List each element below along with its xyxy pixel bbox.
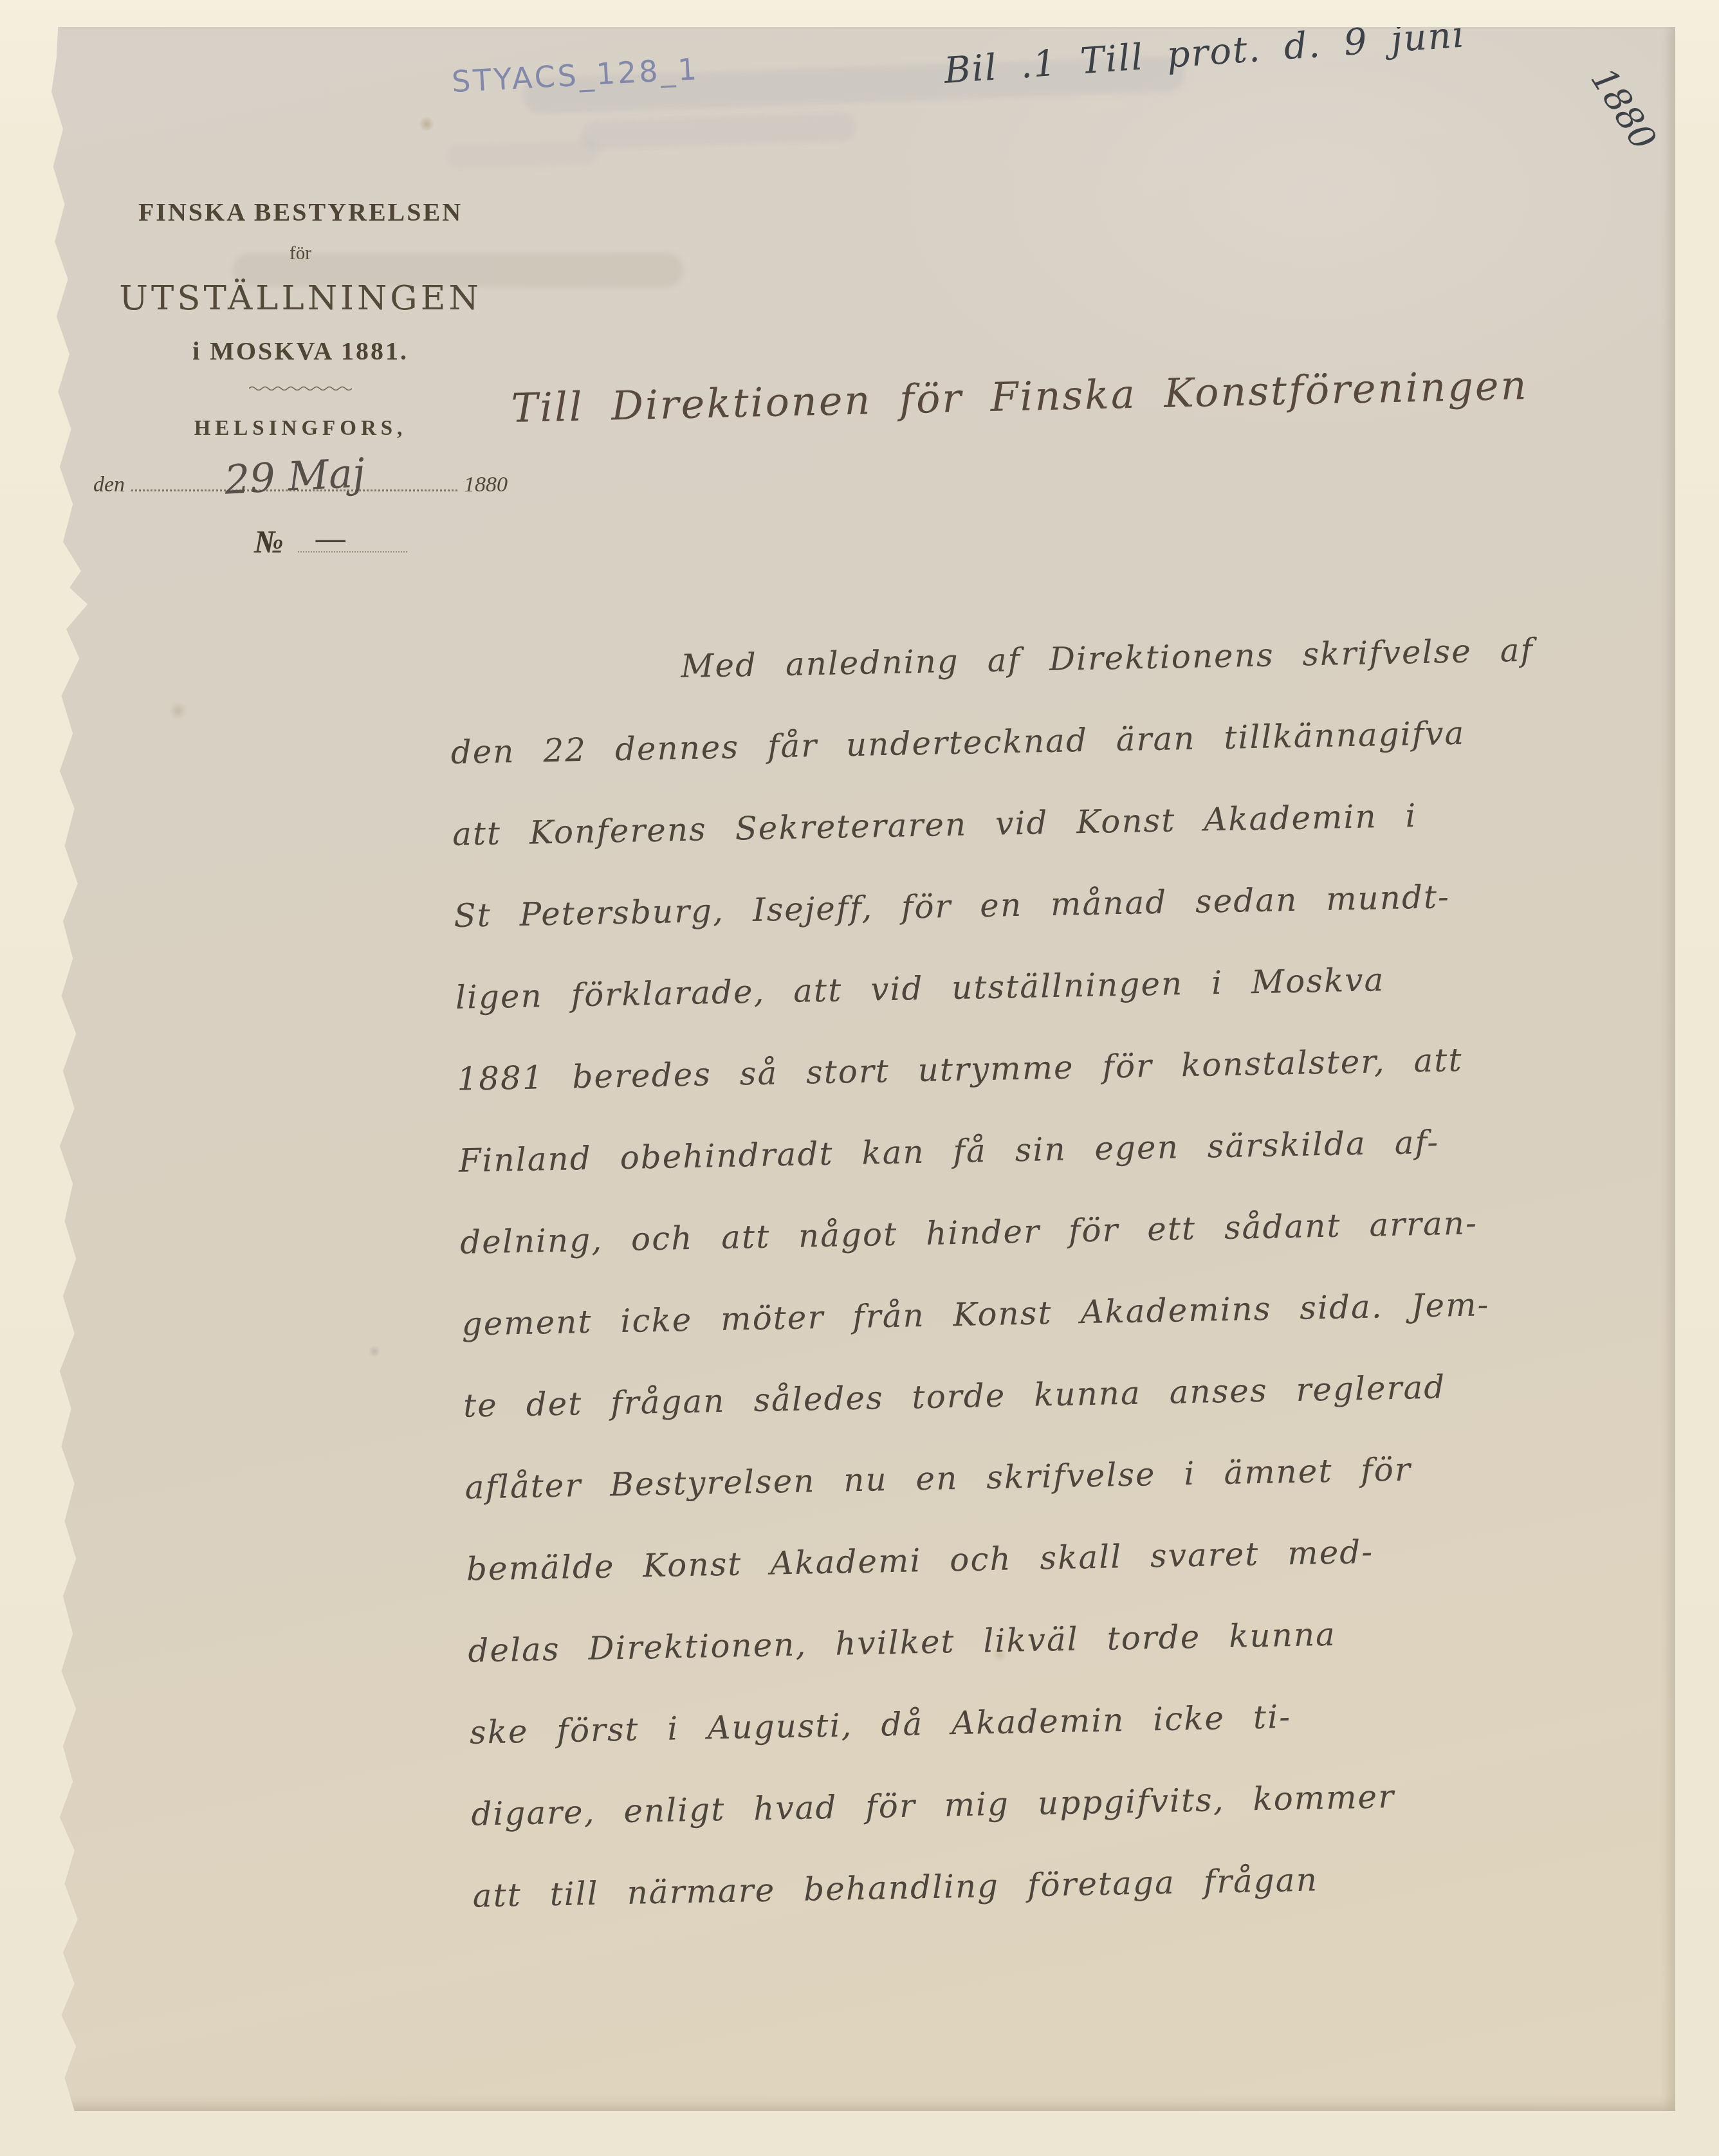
paper-stain — [418, 117, 435, 131]
scanned-letter-page: { "annotations": { "pencil_reference": "… — [0, 0, 1719, 2156]
ink-bleed-through — [445, 139, 600, 170]
number-sign-label: № — [254, 523, 284, 560]
letter-body: Med anledning af Direktionens skrifvelse… — [448, 607, 1683, 1937]
paper-stain — [368, 1346, 381, 1357]
printed-letterhead: FINSKA BESTYRELSEN för UTSTÄLLNINGEN i M… — [88, 199, 513, 560]
archive-pencil-reference: STYACS_128_1 — [451, 51, 700, 99]
letterhead-organization-line3: UTSTÄLLNINGEN — [88, 281, 513, 315]
letterhead-date-row: den 29 Maj 1880 — [88, 473, 513, 497]
date-dotted-line: 29 Maj — [131, 483, 457, 491]
paper-stain — [169, 702, 188, 719]
letterhead-organization-line2: för — [88, 244, 513, 263]
date-year: 1880 — [464, 473, 508, 497]
letter-paper-sheet: STYACS_128_1 Bil .1 Till prot. d. 9 juni… — [33, 27, 1675, 2111]
wavy-divider — [88, 383, 513, 395]
handwritten-number-dash: — — [316, 521, 344, 555]
handwritten-date: 29 Maj — [223, 449, 366, 503]
letterhead-organization-line4: i MOSKVA 1881. — [88, 338, 513, 364]
letterhead-number-row: № — — [88, 523, 513, 560]
ink-bleed-through — [580, 113, 857, 151]
letterhead-city: HELSINGFORS, — [88, 418, 513, 439]
registry-ink-note: Bil .1 Till prot. d. 9 juni — [942, 14, 1466, 92]
registry-ink-note-year: 1880 — [1583, 60, 1664, 157]
number-dotted-line: — — [298, 546, 407, 553]
letterhead-organization-line1: FINSKA BESTYRELSEN — [88, 199, 513, 225]
date-prefix-label: den — [93, 473, 125, 497]
letter-salutation: Till Direktionen för Finska Konstförenin… — [511, 361, 1541, 432]
